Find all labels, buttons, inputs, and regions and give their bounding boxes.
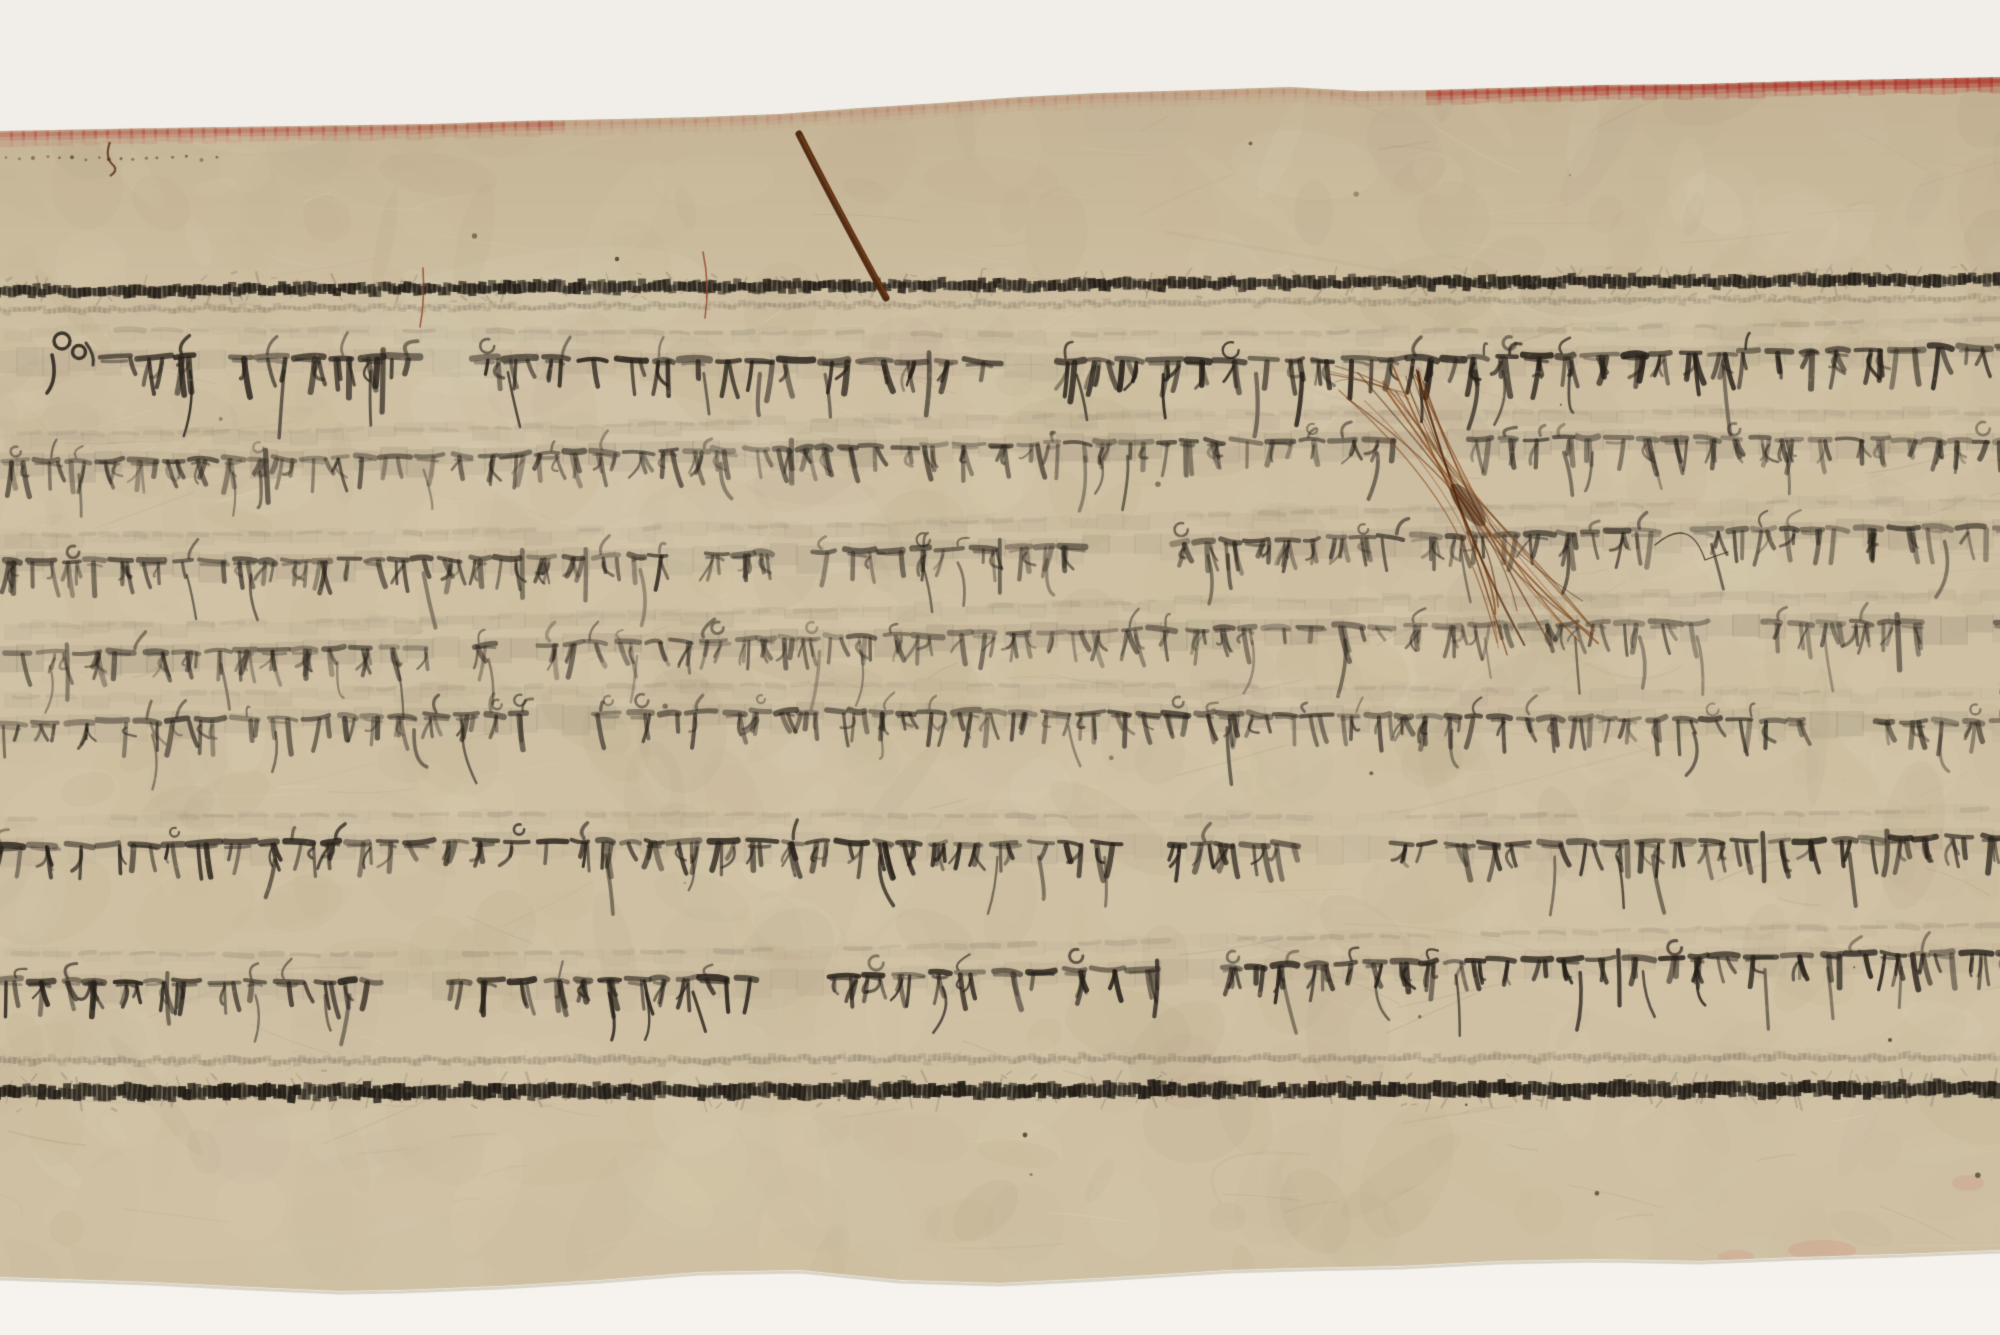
manuscript-leaf-photo (0, 0, 2000, 1335)
photo-stage (0, 0, 2000, 1335)
